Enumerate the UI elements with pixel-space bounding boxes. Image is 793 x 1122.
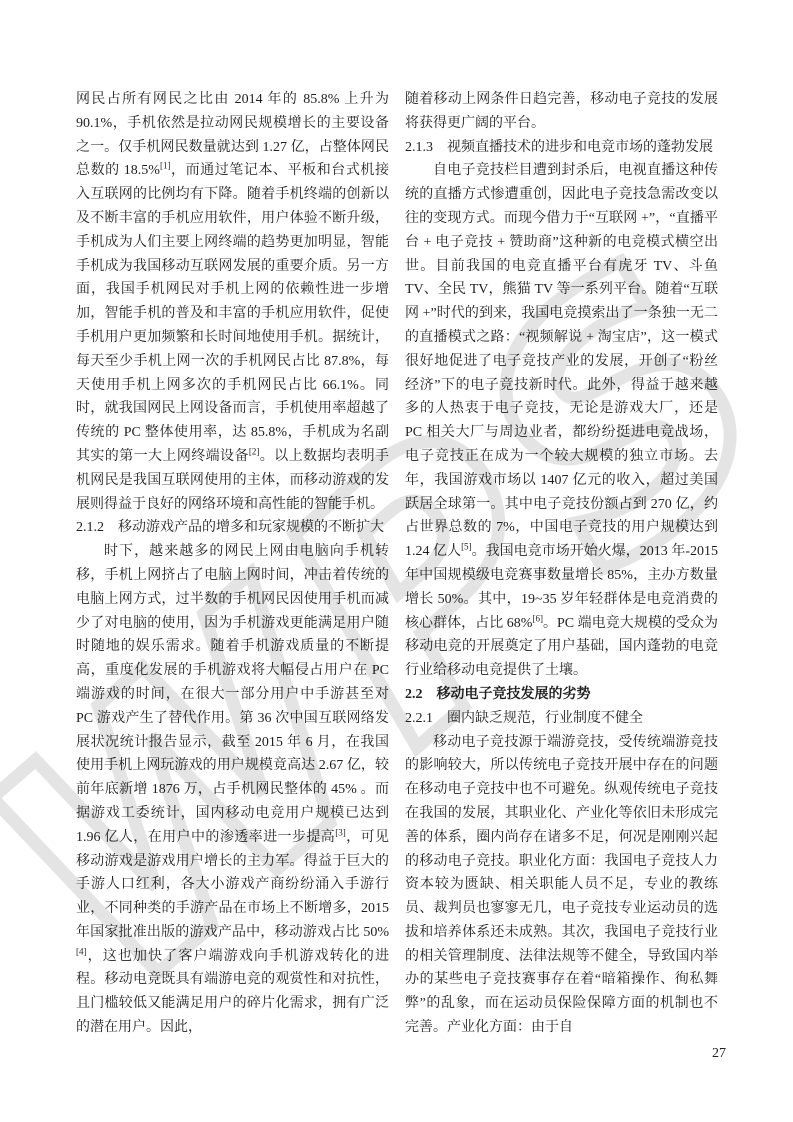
- section-heading: 2.2.1圈内缺乏规范，行业制度不健全: [405, 707, 718, 731]
- section-number: 2.2: [405, 687, 423, 702]
- citation-superscript: [3]: [335, 827, 346, 837]
- section-number: 2.1.3: [405, 140, 433, 155]
- section-heading: 2.1.3视频直播技术的进步和电竞市场的蓬勃发展: [405, 136, 718, 160]
- page-number: 27: [712, 1046, 726, 1062]
- section-heading: 2.2移动电子竞技发展的劣势: [405, 683, 718, 707]
- two-column-text-area: 网民占所有网民之比由 2014 年的 85.8% 上升为 90.1%，手机依然是…: [76, 88, 718, 1040]
- paragraph: 随着移动上网条件日趋完善，移动电子竞技的发展将获得更广阔的平台。: [405, 88, 718, 136]
- paragraph: 时下，越来越多的网民上网由电脑向手机转移，手机上网挤占了电脑上网时间，冲击着传统…: [76, 540, 389, 1040]
- citation-superscript: [2]: [249, 446, 260, 456]
- left-column: 网民占所有网民之比由 2014 年的 85.8% 上升为 90.1%，手机依然是…: [76, 88, 389, 1040]
- citation-superscript: [1]: [160, 161, 171, 171]
- section-number: 2.1.2: [76, 520, 104, 535]
- paragraph: 自电子竞技栏目遭到封杀后，电视直播这种传统的直播方式惨遭重创，因此电子竞技急需改…: [405, 159, 718, 683]
- citation-superscript: [5]: [461, 541, 472, 551]
- paragraph: 网民占所有网民之比由 2014 年的 85.8% 上升为 90.1%，手机依然是…: [76, 88, 389, 516]
- section-title: 移动游戏产品的增多和玩家规模的不断扩大: [118, 520, 384, 535]
- section-title: 视频直播技术的进步和电竞市场的蓬勃发展: [447, 140, 713, 155]
- citation-superscript: [6]: [532, 613, 543, 623]
- right-column: 随着移动上网条件日趋完善，移动电子竞技的发展将获得更广阔的平台。2.1.3视频直…: [405, 88, 718, 1040]
- citation-superscript: [4]: [76, 946, 87, 956]
- section-title: 移动电子竞技发展的劣势: [437, 687, 591, 702]
- section-title: 圈内缺乏规范，行业制度不健全: [447, 711, 643, 726]
- section-number: 2.2.1: [405, 711, 433, 726]
- document-page: WPS 网民占所有网民之比由 2014 年的 85.8% 上升为 90.1%，手…: [0, 0, 793, 1122]
- section-heading: 2.1.2移动游戏产品的增多和玩家规模的不断扩大: [76, 516, 389, 540]
- paragraph: 移动电子竞技源于端游竞技，受传统端游竞技的影响较大，所以传统电子竞技开展中存在的…: [405, 731, 718, 1040]
